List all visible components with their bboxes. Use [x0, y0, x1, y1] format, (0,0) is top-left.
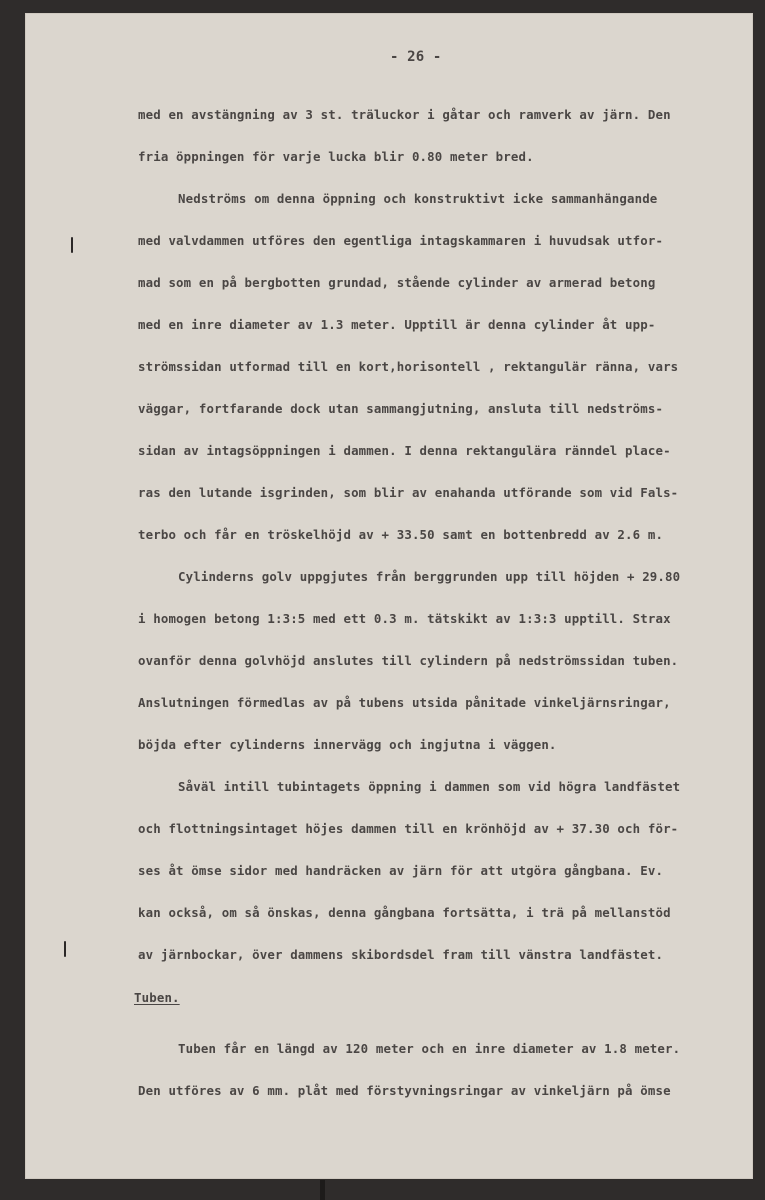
page-number: - 26 -	[390, 49, 441, 65]
text-line: fria öppningen för varje lucka blir 0.80…	[138, 148, 534, 166]
text-line: i homogen betong 1:3:5 med ett 0.3 m. tä…	[138, 610, 671, 628]
binding-edge	[320, 1180, 325, 1200]
text-line: med valvdammen utföres den egentliga int…	[138, 232, 663, 250]
text-line: kan också, om så önskas, denna gångbana …	[138, 904, 671, 922]
text-line: böjda efter cylinderns innervägg och ing…	[138, 736, 557, 754]
text-line: strömssidan utformad till en kort,horiso…	[138, 358, 678, 376]
margin-mark	[71, 237, 73, 253]
text-line: terbo och får en tröskelhöjd av + 33.50 …	[138, 526, 663, 544]
text-line: Nedströms om denna öppning och konstrukt…	[178, 190, 657, 208]
text-line: med en inre diameter av 1.3 meter. Uppti…	[138, 316, 655, 334]
text-line: ras den lutande isgrinden, som blir av e…	[138, 484, 678, 502]
text-line: Anslutningen förmedlas av på tubens utsi…	[138, 694, 671, 712]
text-line: väggar, fortfarande dock utan sammangjut…	[138, 400, 663, 418]
text-line: Den utföres av 6 mm. plåt med förstyvnin…	[138, 1082, 671, 1100]
section-heading: Tuben.	[134, 990, 180, 1005]
margin-mark	[64, 941, 66, 957]
text-line: ovanför denna golvhöjd anslutes till cyl…	[138, 652, 678, 670]
text-line: med en avstängning av 3 st. träluckor i …	[138, 106, 671, 124]
text-line: sidan av intagsöppningen i dammen. I den…	[138, 442, 671, 460]
text-line: Tuben får en längd av 120 meter och en i…	[178, 1040, 680, 1058]
text-line: Såväl intill tubintagets öppning i damme…	[178, 778, 680, 796]
text-line: ses åt ömse sidor med handräcken av järn…	[138, 862, 663, 880]
text-line: och flottningsintaget höjes dammen till …	[138, 820, 678, 838]
document-page: - 26 - med en avstängning av 3 st. trälu…	[25, 13, 753, 1179]
text-line: mad som en på bergbotten grundad, ståend…	[138, 274, 655, 292]
text-line: av järnbockar, över dammens skibordsdel …	[138, 946, 663, 964]
text-line: Cylinderns golv uppgjutes från berggrund…	[178, 568, 680, 586]
